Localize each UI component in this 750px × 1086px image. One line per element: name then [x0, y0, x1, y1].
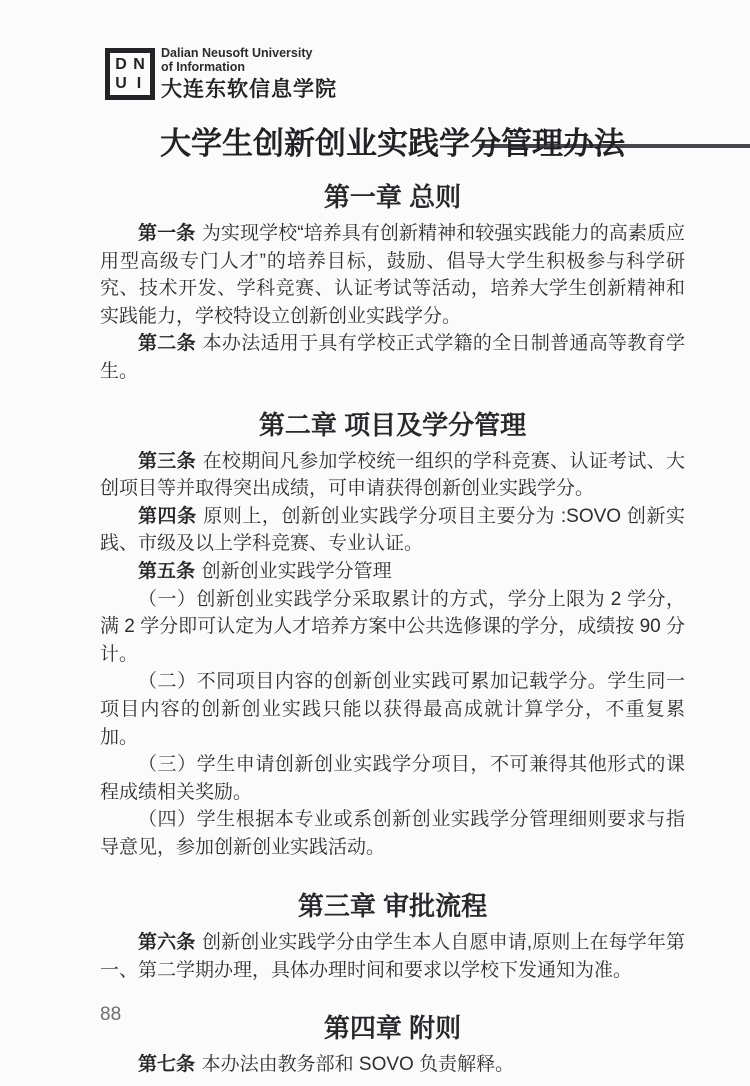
chapter-2-heading: 第二章 项目及学分管理: [100, 408, 685, 442]
article-5-item-3-text: （三）学生申请创新创业实践学分项目，不可兼得其他形式的课程成绩相关奖励。: [100, 754, 685, 803]
dnui-logo-icon: D N U I: [105, 48, 155, 100]
article-4-label: 第四条: [138, 506, 197, 527]
university-name-en-line1: Dalian Neusoft University: [161, 46, 337, 60]
article-3-paragraph: 第三条在校期间凡参加学校统一组织的学科竞赛、认证考试、大创项目等并取得突出成绩，…: [100, 448, 685, 503]
chapter-4-heading: 第四章 附则: [100, 1011, 685, 1045]
logo-letter-d: D: [115, 57, 127, 73]
university-name-block: Dalian Neusoft University of Information…: [161, 46, 337, 102]
university-name-en-line2: of Information: [161, 60, 337, 74]
article-5-item-1-text: （一）创新创业实践学分采取累计的方式，学分上限为 2 学分，满 2 学分即可认定…: [100, 589, 685, 665]
article-5-item-1: （一）创新创业实践学分采取累计的方式，学分上限为 2 学分，满 2 学分即可认定…: [100, 586, 685, 669]
article-5-item-2: （二）不同项目内容的创新创业实践可累加记载学分。学生同一项目内容的创新创业实践只…: [100, 668, 685, 751]
page-number: 88: [100, 1004, 121, 1026]
article-1-label: 第一条: [138, 223, 195, 244]
page-header: D N U I Dalian Neusoft University of Inf…: [105, 46, 750, 104]
article-7-paragraph: 第七条本办法由教务部和 SOVO 负责解释。: [100, 1051, 685, 1079]
logo-letter-u: U: [115, 76, 127, 92]
article-3-label: 第三条: [138, 451, 196, 472]
chapter-3-heading: 第三章 审批流程: [100, 889, 685, 923]
article-5-item-4: （四）学生根据本专业或系创新创业实践学分管理细则要求与指导意见，参加创新创业实践…: [100, 806, 685, 861]
article-4-paragraph: 第四条原则上，创新创业实践学分项目主要分为 :SOVO 创新实践、市级及以上学科…: [100, 503, 685, 558]
university-name-zh: 大连东软信息学院: [161, 78, 337, 102]
article-7-text: 本办法由教务部和 SOVO 负责解释。: [202, 1054, 514, 1075]
article-5-label: 第五条: [138, 561, 195, 582]
chapter-1-heading: 第一章 总则: [100, 180, 685, 214]
article-6-paragraph: 第六条创新创业实践学分由学生本人自愿申请,原则上在每学年第一、第二学期办理，具体…: [100, 929, 685, 984]
article-5-item-4-text: （四）学生根据本专业或系创新创业实践学分管理细则要求与指导意见，参加创新创业实践…: [100, 809, 685, 858]
article-5-item-3: （三）学生申请创新创业实践学分项目，不可兼得其他形式的课程成绩相关奖励。: [100, 751, 685, 806]
logo-letter-i: I: [137, 76, 141, 92]
article-5-item-2-text: （二）不同项目内容的创新创业实践可累加记载学分。学生同一项目内容的创新创业实践只…: [100, 671, 685, 747]
article-5-text: 创新创业实践学分管理: [202, 561, 392, 582]
document-title: 大学生创新创业实践学分管理办法: [100, 124, 685, 164]
article-2-label: 第二条: [138, 333, 196, 354]
article-7-label: 第七条: [138, 1054, 195, 1075]
article-5-paragraph: 第五条创新创业实践学分管理: [100, 558, 685, 586]
article-2-paragraph: 第二条本办法适用于具有学校正式学籍的全日制普通高等教育学生。: [100, 330, 685, 385]
article-1-paragraph: 第一条为实现学校“培养具有创新精神和较强实践能力的高素质应用型高级专门人才”的培…: [100, 220, 685, 330]
logo-letter-n: N: [133, 57, 145, 73]
document-body: 大学生创新创业实践学分管理办法 第一章 总则 第一条为实现学校“培养具有创新精神…: [100, 120, 685, 1078]
article-6-label: 第六条: [138, 932, 195, 953]
